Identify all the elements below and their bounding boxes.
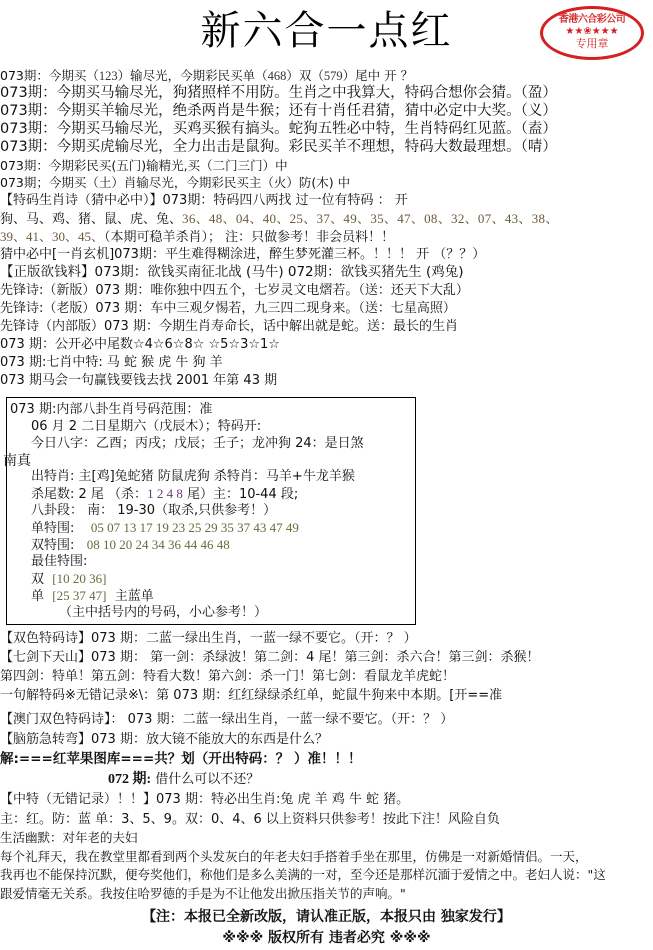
number-list: 05 07 13 17 19 23 25 29 35 37 43 47 49 [91,520,299,535]
note-text: （本期可稳羊杀肖）； 注：只做参考！非会员料！！ [104,230,394,245]
box-note: （主中括号内的号码，小心参考！） [59,605,267,621]
pioneer-poem-new: 先锋诗:（新版）073 期：唯你独中四五个，七岁灵文电熠若。（送：还天下大乱） [0,282,469,299]
stamp-bottom-text: 专用章 [543,37,641,51]
poem-line-1: 073期：今期买马输尽光，狗猪照样不用防。生肖之中我算大，特码合想你会猜。（盈） [0,85,557,102]
box-best-even: 双 [10 20 36] [31,571,106,588]
poem-line-2: 073期：今期买羊输尽光，绝杀两肖是牛猴；还有十肖任君猜，猜中必定中大奖。（义） [0,103,557,120]
footer-notice: 【注：本报已全新改版，请认准正版，本报只由 独家发行】 [0,906,653,926]
label: 双特围: [31,538,74,553]
number-list-cont: 39、41、30、45、（本期可稳羊杀肖）； 注：只做参考！非会员料！！ [0,228,394,246]
dual-color-poem: 【双色特码诗】073 期：二蓝一绿出生肖，一蓝一绿不要它。（开：？ ） [0,630,417,647]
number-list: 39、41、30、45、 [0,229,104,244]
humor-title: 生活幽默：对年老的夫妇 [0,829,138,846]
box-south: 南真 [3,453,31,469]
text: 杀尾数: 2 尾 （杀： [31,487,147,502]
label: 单 [31,589,44,604]
pioneer-poem-internal: 先锋诗（内部版）073 期：今期生肖寿命长，话中解出就是蛇。送：最长的生肖 [0,318,458,335]
humor-paragraph-1: 每个礼拜天，我在教堂里都看到两个头发灰白的年老夫妇手搭着手坐在那里，仿佛是一对新… [0,848,588,865]
box-even-range: 双特围: 08 10 20 24 34 36 44 46 48 [31,537,230,554]
period-label: 072 期: [108,772,151,787]
element-line: 073期；今期买（土）肖输尽光，今期彩民买主（火）防(木) 中 [0,174,350,191]
text: 073期：今期买（ [0,68,99,83]
one-sentence-code: 一句解特码※无错记录※\：第 073 期：红红绿绿杀红单，蛇鼠牛狗来中本期。[开… [0,687,502,704]
text: 借什么可以不还？ [151,772,259,787]
text: ）尾中 开 ？ [343,68,413,83]
number: 468 [268,69,287,83]
box-kill-tail: 杀尾数: 2 尾 （杀：1 2 4 8 尾）主：10-44 段; [31,486,298,503]
box-best-range: 最佳特围: [31,554,87,570]
company-seal-stamp: 香港六合彩公司 ★★❀★★★ 专用章 [540,6,644,60]
stamp-stars-icon: ★★❀★★★ [543,26,641,37]
macau-dual-color-poem: 【澳门双色特码诗】： 073 期：二蓝一绿出生肖，一蓝一绿不要它。（开：？ ） [0,711,453,728]
special-no-error: 【中特（无错记录）！！】073 期：特必出生肖:兔 虎 羊 鸡 牛 蛇 猪。 [0,791,409,808]
text: ）双（ [286,68,324,83]
number-list: 08 10 20 24 34 36 44 46 48 [87,537,230,552]
humor-paragraph-3: 跟爱情毫无关系。我按住哈罗德的手是为不让他发出掀压指关节的声响。" [0,885,406,902]
zodiac-number-list: 狗、马、鸡、猪、鼠、虎、兔、36、48、04、40、25、37、49、35、47… [0,210,559,228]
number-list: 36、48、04、40、25、37、49、35、47、08、32、07、43、3… [182,211,559,226]
brain-teaser: 【脑筋急转弯】073 期：放大镜不能放大的东西是什么？ [0,731,328,748]
number: 123 [99,69,118,83]
tail-number-line: 073 期：公开必中尾数☆4☆6☆8☆ ☆5☆3☆1☆ [0,336,280,353]
box-date: 06 月 2 二日星期六（戊辰木）；特码开: [31,419,261,435]
poem-line-4: 073期：今期买虎输尽光，全力出击是鼠狗。彩民买羊不理想，特码大数最理想。（啨） [0,139,557,156]
one-zodiac-mystery: 猜中必中[一肖玄机]073期：平生难得糊涂进，醉生梦死灌三杯。！！！ 开 （？？… [0,246,485,263]
box-odd-range: 单特围: 05 07 13 17 19 23 25 29 35 37 43 47… [31,520,299,537]
seven-swords-line-1: 【七剑下天山】073 期： 第一剑：杀绿波！第二剑：4 尾！第三剑：杀六合！第三… [0,649,539,666]
stamp-top-text: 香港六合彩公司 [543,13,641,26]
special-code-poem: 【特码生肖诗（猜中必中）】073期：特码四八两找 过一位有特码 ： 开 [0,192,408,209]
label: 单特围: [31,521,74,536]
five-gate-line: 073期：今期彩民买(五门)输精光,买（二门三门）中 [0,157,288,174]
line-buy-lose: 073期：今期买（123）输尽光，今期彩民买单（468）双（579）尾中 开 ？ [0,67,413,85]
number: 1 2 4 8 [147,486,183,501]
bagua-info-box: 073 期:内部八卦生肖号码范围：准 06 月 2 二日星期六（戊辰木）；特码开… [6,397,416,625]
number-list: [10 20 36] [52,571,106,586]
genuine-money-line: 【正版欲钱料】073期：欲钱买南征北战 (马牛) 072期：欲钱买猪先生 (鸡兔… [0,264,463,281]
color-odd-even: 主：红。防：蓝 单：3、5、9。双：0、4、6 以上资料只供参考！按此下注！风险… [0,811,500,828]
box-bagua-segment: 八卦段： 南： 19-30（取杀,只供参考！） [31,503,276,519]
box-zodiac: 出特肖: 主[鸡]兔蛇猪 防鼠虎狗 杀特肖：马羊+牛龙羊猴 [31,469,355,485]
label: 双 [31,572,44,587]
humor-paragraph-2: 我再也不能保持沉默，便夸奖他们，称他们是多么美满的一对，至今还是那样沉湎于爱情之… [0,866,606,883]
box-eight-chars: 今日八字：乙酉；丙戌；戊辰；壬子；龙冲狗 24：是日煞 [31,436,364,452]
pioneer-poem-old: 先锋诗:（老版）073 期：车中三观夕惕若，九三四二现身来。（送：七星高照） [0,300,456,317]
horse-club-line: 073 期马会一句赢钱要钱去找 2001 年第 43 期 [0,372,277,389]
text: ）输尽光，今期彩民买单（ [118,68,268,83]
footer-copyright: ※※※ 版权所有 违者必究 ※※※ [0,927,653,947]
zodiac-list: 狗、马、鸡、猪、鼠、虎、兔、 [0,212,182,227]
seven-zodiac-line: 073 期:七肖中特: 马 蛇 猴 虎 牛 狗 羊 [0,354,223,371]
text: 尾）主：10-44 段; [183,487,298,502]
poem-line-3: 073期：今期买马输尽光，买鸡买猴有搞头。蛇狗五牲必中特，生肖特码红见蓝。（盍） [0,121,557,138]
box-best-odd: 单 [25 37 47] 主蓝单 [31,588,154,605]
number-list: [25 37 47] [52,588,106,603]
teaser-answer: 解:===红苹果图库===共？划（开出特码：？ ）准！！！ [0,751,361,768]
previous-teaser: 072 期: 借什么可以不还？ [108,771,259,788]
box-title: 073 期:内部八卦生肖号码范围：准 [10,402,212,418]
number: 579 [324,69,343,83]
seven-swords-line-2: 第四剑：特单！第五剑：特看大数！第六剑：杀一门！第七剑：看鼠龙羊虎蛇！ [0,668,455,685]
text: 主蓝单 [115,589,154,604]
